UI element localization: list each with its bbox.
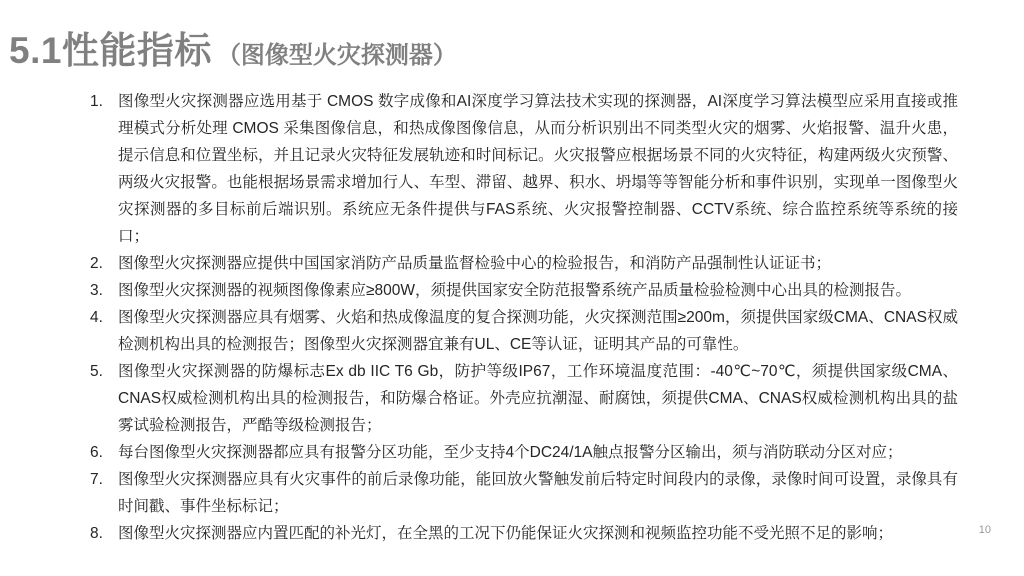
item-number: 6. xyxy=(90,439,118,466)
slide: 5.1性能指标（图像型火灾探测器） 1. 图像型火灾探测器应选用基于 CMOS … xyxy=(0,0,1024,576)
item-text: 图像型火灾探测器的视频图像像素应≥800W，须提供国家安全防范报警系统产品质量检… xyxy=(118,277,958,304)
list-item: 8. 图像型火灾探测器应内置匹配的补光灯，在全黑的工况下仍能保证火灾探测和视频监… xyxy=(90,520,958,547)
title-subtitle: （图像型火灾探测器） xyxy=(217,42,457,69)
item-number: 5. xyxy=(90,358,118,385)
list-item: 7. 图像型火灾探测器应具有火灾事件的前后录像功能，能回放火警触发前后特定时间段… xyxy=(90,466,958,520)
list-item: 2. 图像型火灾探测器应提供中国国家消防产品质量监督检验中心的检验报告，和消防产… xyxy=(90,250,958,277)
list-item: 6. 每台图像型火灾探测器都应具有报警分区功能，至少支持4个DC24/1A触点报… xyxy=(90,439,958,466)
list-item: 4. 图像型火灾探测器应具有烟雾、火焰和热成像温度的复合探测功能，火灾探测范围≥… xyxy=(90,304,958,358)
spec-list: 1. 图像型火灾探测器应选用基于 CMOS 数字成像和AI深度学习算法技术实现的… xyxy=(90,88,958,547)
item-text: 图像型火灾探测器的防爆标志Ex db IIC T6 Gb，防护等级IP67，工作… xyxy=(118,358,958,439)
item-text: 图像型火灾探测器应具有烟雾、火焰和热成像温度的复合探测功能，火灾探测范围≥200… xyxy=(118,304,958,358)
item-text: 图像型火灾探测器应内置匹配的补光灯，在全黑的工况下仍能保证火灾探测和视频监控功能… xyxy=(118,520,958,547)
item-text: 图像型火灾探测器应选用基于 CMOS 数字成像和AI深度学习算法技术实现的探测器… xyxy=(118,88,958,250)
title-main: 5.1性能指标 xyxy=(9,30,212,71)
item-number: 2. xyxy=(90,250,118,277)
item-number: 8. xyxy=(90,520,118,547)
list-item: 1. 图像型火灾探测器应选用基于 CMOS 数字成像和AI深度学习算法技术实现的… xyxy=(90,88,958,250)
page-number: 10 xyxy=(979,524,991,536)
list-item: 3. 图像型火灾探测器的视频图像像素应≥800W，须提供国家安全防范报警系统产品… xyxy=(90,277,958,304)
item-number: 7. xyxy=(90,466,118,493)
item-text: 图像型火灾探测器应具有火灾事件的前后录像功能，能回放火警触发前后特定时间段内的录… xyxy=(118,466,958,520)
item-text: 每台图像型火灾探测器都应具有报警分区功能，至少支持4个DC24/1A触点报警分区… xyxy=(118,439,958,466)
item-number: 4. xyxy=(90,304,118,331)
item-text: 图像型火灾探测器应提供中国国家消防产品质量监督检验中心的检验报告，和消防产品强制… xyxy=(118,250,958,277)
item-number: 3. xyxy=(90,277,118,304)
slide-title: 5.1性能指标（图像型火灾探测器） xyxy=(9,30,457,73)
list-item: 5. 图像型火灾探测器的防爆标志Ex db IIC T6 Gb，防护等级IP67… xyxy=(90,358,958,439)
item-number: 1. xyxy=(90,88,118,115)
